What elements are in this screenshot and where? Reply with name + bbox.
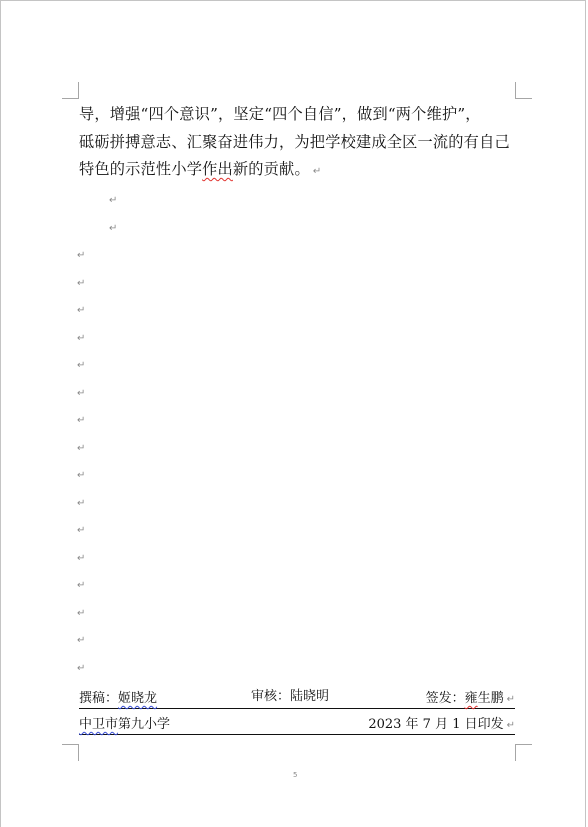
empty-paragraph-indented[interactable]: ↵	[109, 222, 117, 236]
empty-paragraph[interactable]: ↵	[77, 634, 85, 648]
page-number: 5	[293, 771, 297, 779]
body-paragraph[interactable]: 导，增强“四个意识”，坚定“四个自信”，做到“两个维护”， 砥砺拼搏意志、汇聚奋…	[79, 101, 519, 184]
crop-mark-bottom-left	[62, 744, 79, 761]
body-line-3-start: 特色的示范性小学	[79, 160, 202, 178]
paragraph-mark-icon: ↵	[507, 694, 515, 705]
empty-paragraph[interactable]: ↵	[77, 277, 85, 291]
issue-date: 2023 年 7 月 1 日印发↵	[368, 713, 515, 732]
empty-paragraph[interactable]: ↵	[77, 524, 85, 538]
author-field: 撰稿：姬晓龙	[79, 687, 157, 706]
document-page: 导，增强“四个意识”，坚定“四个自信”，做到“两个维护”， 砥砺拼搏意志、汇聚奋…	[0, 0, 586, 827]
author-name[interactable]: 姬晓龙	[118, 691, 157, 706]
body-line-1: 导，增强“四个意识”，坚定“四个自信”，做到“两个维护”，	[79, 101, 519, 129]
empty-paragraph[interactable]: ↵	[77, 552, 85, 566]
empty-paragraph[interactable]: ↵	[77, 387, 85, 401]
empty-paragraph-indented[interactable]: ↵	[109, 194, 117, 208]
paragraph-mark-icon: ↵	[313, 166, 322, 177]
empty-paragraph[interactable]: ↵	[77, 332, 85, 346]
empty-paragraph[interactable]: ↵	[77, 414, 85, 428]
empty-paragraph[interactable]: ↵	[77, 359, 85, 373]
issuer-field: 签发：雍生鹏↵	[426, 687, 515, 706]
paragraph-mark-icon: ↵	[507, 720, 515, 731]
reviewer-name: 陆晓明	[290, 689, 329, 704]
body-line-2: 砥砺拼搏意志、汇聚奋进伟力，为把学校建成全区一流的有自己	[79, 129, 519, 157]
reviewer-field: 审核：陆晓明	[251, 685, 329, 704]
issuer-name-rest: 生鹏	[478, 691, 504, 706]
organization: 中卫市第九小学	[79, 713, 170, 732]
empty-paragraph[interactable]: ↵	[77, 304, 85, 318]
issue-date-text: 2023 年 7 月 1 日印发	[368, 717, 503, 732]
issuance-row: 中卫市第九小学 2023 年 7 月 1 日印发↵	[79, 710, 515, 735]
empty-paragraph[interactable]: ↵	[77, 442, 85, 456]
organization-flagged[interactable]: 中卫市	[79, 717, 118, 732]
issuer-label: 签发：	[426, 691, 465, 706]
body-line-3: 特色的示范性小学作出新的贡献。↵	[79, 156, 519, 184]
empty-paragraph[interactable]: ↵	[77, 497, 85, 511]
issuer-name-flagged[interactable]: 雍	[465, 691, 478, 706]
crop-mark-top-right	[515, 82, 532, 99]
reviewer-label: 审核：	[251, 689, 290, 704]
crop-mark-bottom-right	[515, 744, 532, 761]
crop-mark-top-left	[62, 82, 79, 99]
empty-paragraph[interactable]: ↵	[77, 249, 85, 263]
organization-rest: 第九小学	[118, 717, 170, 732]
author-label: 撰稿：	[79, 691, 118, 706]
empty-paragraph[interactable]: ↵	[77, 662, 85, 676]
empty-paragraph[interactable]: ↵	[77, 607, 85, 621]
body-line-3-end: 新的贡献。	[233, 160, 310, 178]
signature-row: 撰稿：姬晓龙 审核：陆晓明 签发：雍生鹏↵	[79, 684, 515, 709]
empty-paragraph[interactable]: ↵	[77, 469, 85, 483]
empty-paragraph[interactable]: ↵	[77, 579, 85, 593]
spelling-flag[interactable]: 作出	[202, 160, 233, 178]
